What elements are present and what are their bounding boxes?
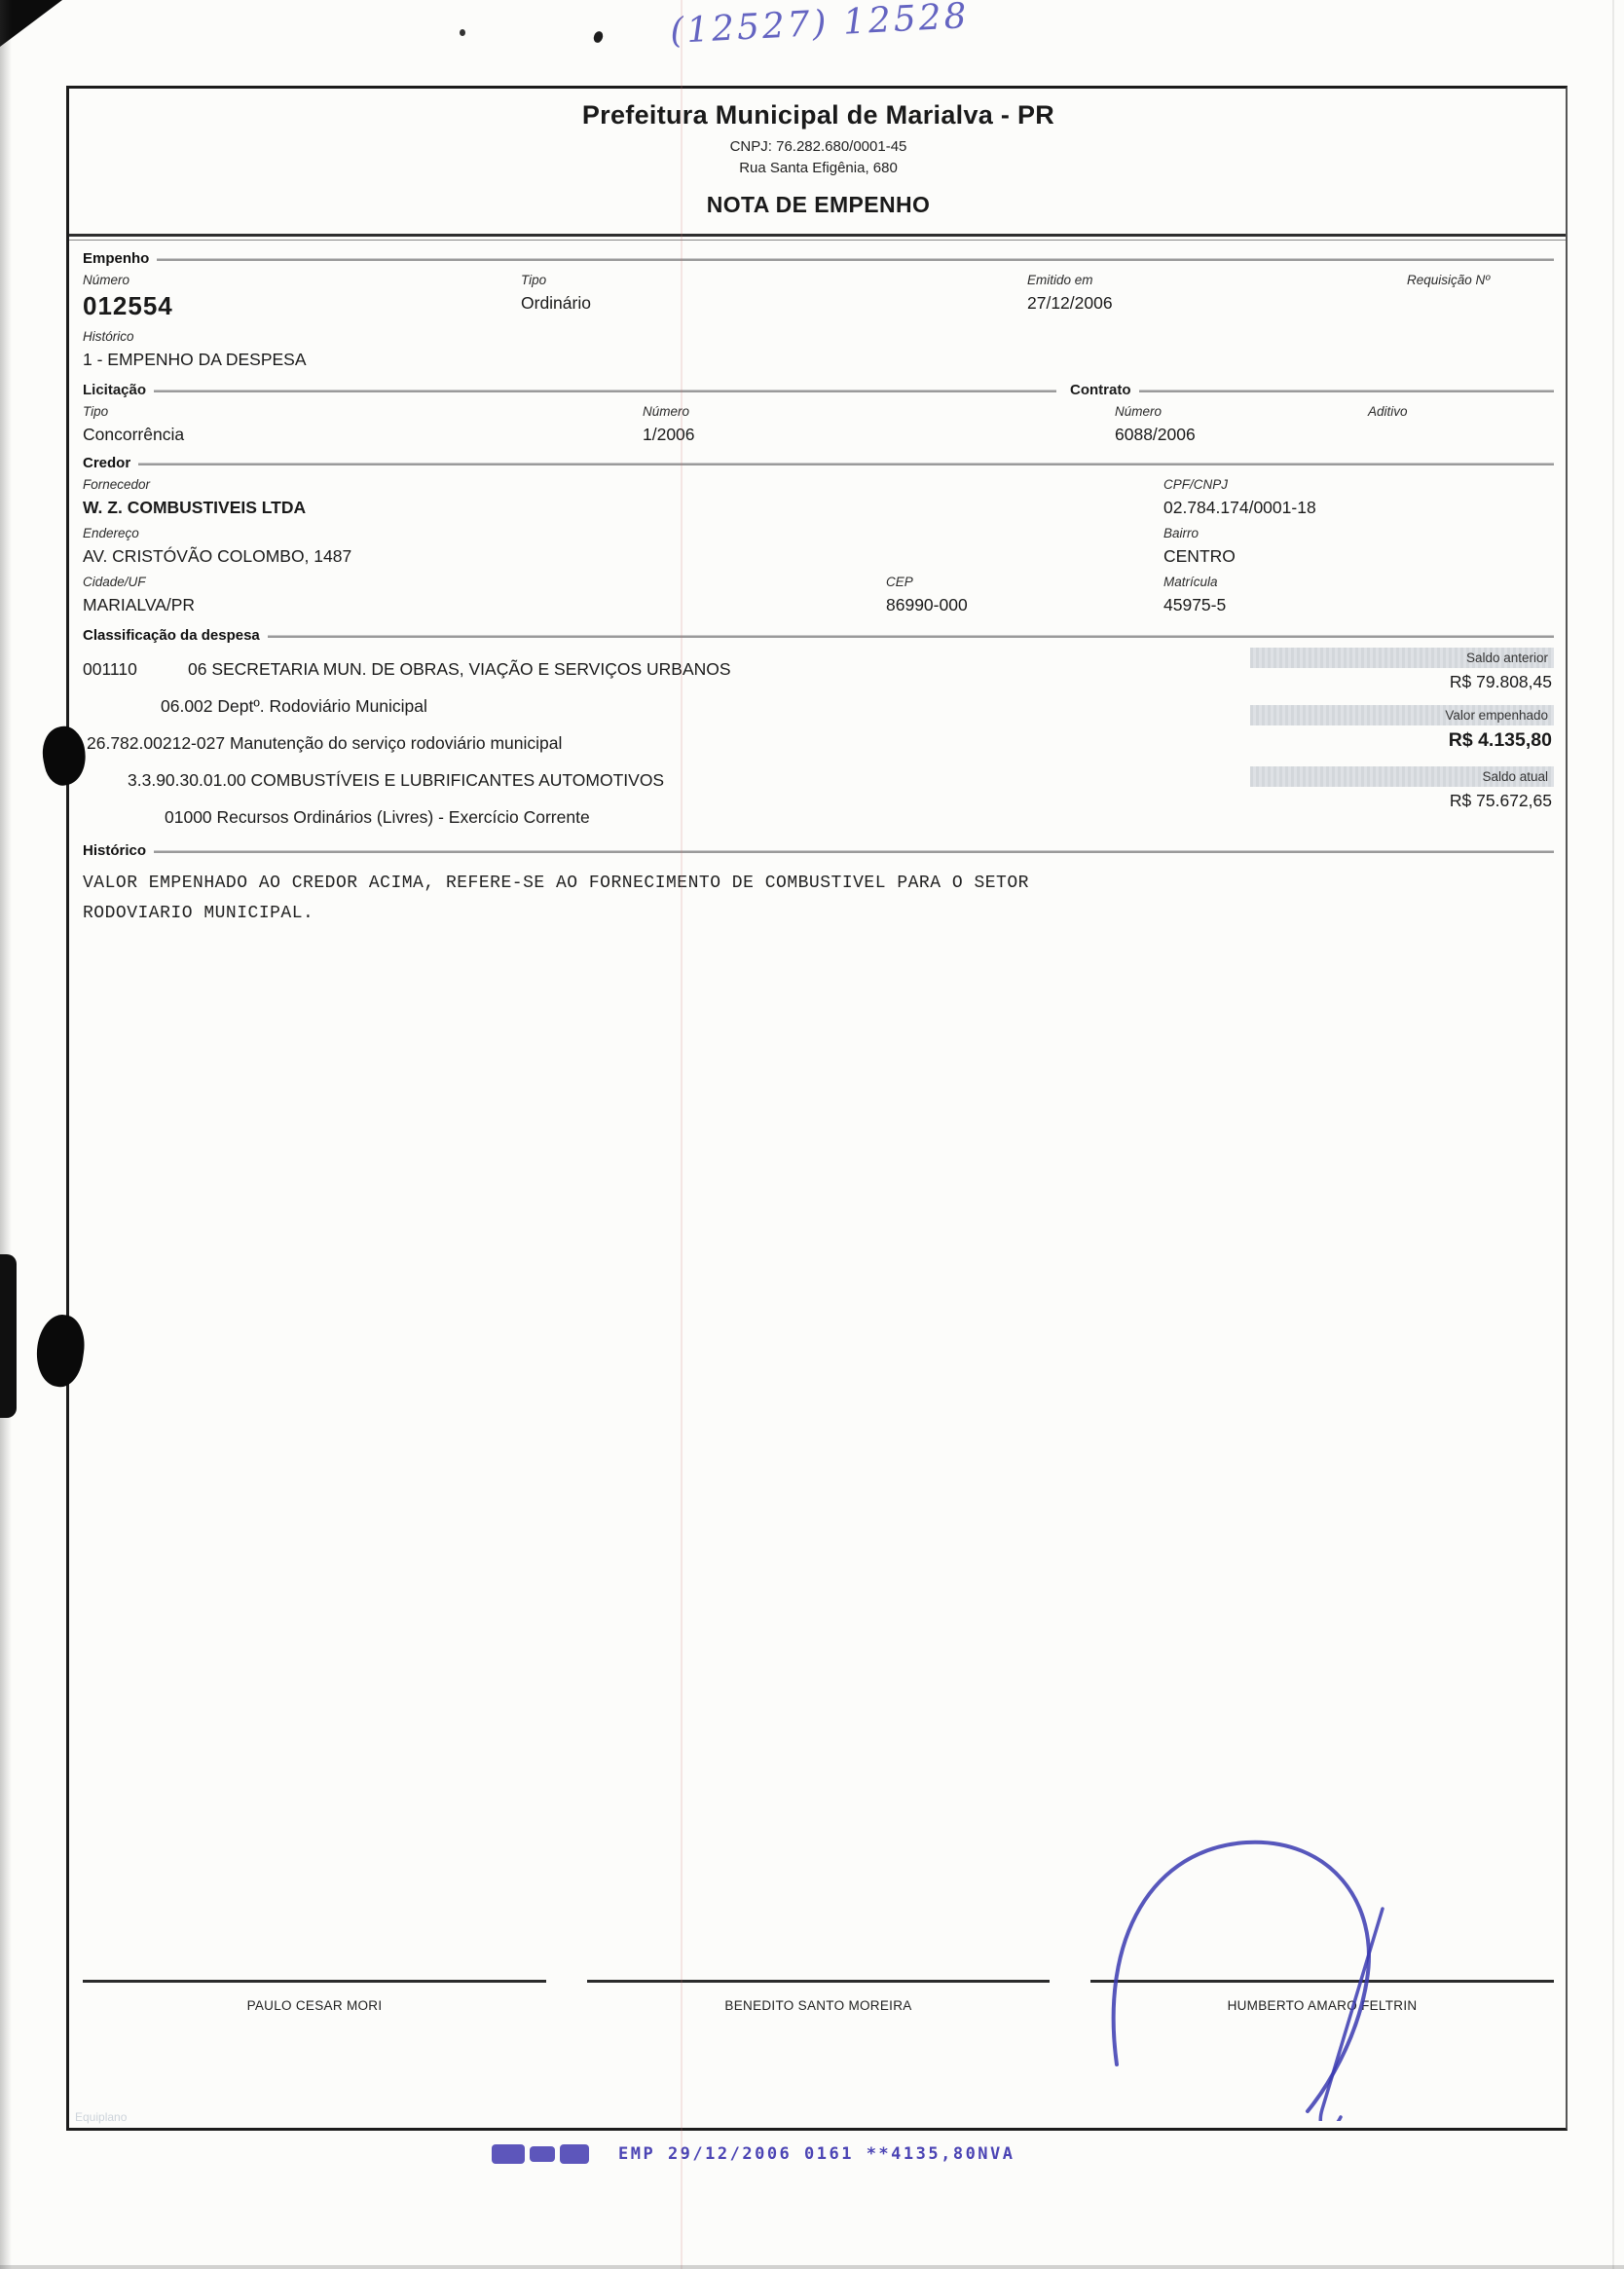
classificacao-body: 00111006 SECRETARIA MUN. DE OBRAS, VIAÇÃ… bbox=[83, 646, 1554, 831]
field-matricula-label: Matrícula bbox=[1163, 575, 1554, 589]
classificacao-code: 001110 bbox=[83, 656, 188, 683]
section-licitacao-contrato: Licitação Contrato bbox=[83, 382, 1554, 398]
section-empenho-label: Empenho bbox=[83, 250, 149, 267]
saldo-anterior-label: Saldo anterior bbox=[1250, 648, 1554, 668]
licitacao-contrato-fields-row: Tipo Concorrência Número 1/2006 Número 6… bbox=[83, 404, 1554, 445]
field-requisicao-value bbox=[1407, 293, 1554, 313]
field-cidade: Cidade/UF MARIALVA/PR bbox=[83, 575, 886, 615]
field-licitacao-numero-value: 1/2006 bbox=[643, 425, 1115, 445]
field-cep-value: 86990-000 bbox=[886, 595, 1163, 615]
field-requisicao-label: Requisição Nº bbox=[1407, 273, 1554, 287]
credor-row-2: Endereço AV. CRISTÓVÃO COLOMBO, 1487 Bai… bbox=[83, 526, 1554, 567]
credor-row-3: Cidade/UF MARIALVA/PR CEP 86990-000 Matr… bbox=[83, 575, 1554, 615]
field-requisicao: Requisição Nº bbox=[1407, 273, 1554, 321]
field-contrato-numero: Número 6088/2006 bbox=[1115, 404, 1368, 445]
field-emitido-label: Emitido em bbox=[1027, 273, 1407, 287]
classificacao-line: 3.3.90.30.01.00 COMBUSTÍVEIS E LUBRIFICA… bbox=[83, 767, 1241, 794]
field-bairro-label: Bairro bbox=[1163, 526, 1554, 540]
section-rule bbox=[154, 391, 1056, 392]
stamp-logo-icon bbox=[492, 2144, 589, 2164]
section-classificacao-label: Classificação da despesa bbox=[83, 627, 260, 644]
section-historico: Histórico bbox=[83, 842, 1554, 859]
field-tipo-label: Tipo bbox=[521, 273, 1027, 287]
field-licitacao-numero: Número 1/2006 bbox=[643, 404, 1115, 445]
classificacao-line: 01000 Recursos Ordinários (Livres) - Exe… bbox=[83, 804, 1241, 831]
field-cidade-value: MARIALVA/PR bbox=[83, 595, 886, 615]
field-tipo: Tipo Ordinário bbox=[521, 273, 1027, 321]
classificacao-lines: 00111006 SECRETARIA MUN. DE OBRAS, VIAÇÃ… bbox=[83, 646, 1241, 831]
section-classificacao: Classificação da despesa bbox=[83, 627, 1554, 644]
field-cpfcnpj-label: CPF/CNPJ bbox=[1163, 477, 1554, 492]
historico-text-line1: VALOR EMPENHADO AO CREDOR ACIMA, REFERE-… bbox=[83, 869, 1554, 899]
scan-artifact-dark-strip bbox=[0, 1254, 17, 1418]
field-licitacao-tipo-label: Tipo bbox=[83, 404, 643, 419]
section-rule bbox=[157, 259, 1554, 261]
field-cep-label: CEP bbox=[886, 575, 1163, 589]
scanned-document-page: (12527) 12528 Prefeitura Municipal de Ma… bbox=[0, 0, 1624, 2269]
signature-block-1: PAULO CESAR MORI bbox=[83, 1980, 546, 2013]
field-matricula-value: 45975-5 bbox=[1163, 595, 1554, 615]
field-numero-label: Número bbox=[83, 273, 521, 287]
section-credor: Credor bbox=[83, 455, 1554, 471]
scan-artifact-bottom-edge bbox=[0, 2265, 1624, 2269]
header-address: Rua Santa Efigênia, 680 bbox=[83, 160, 1554, 176]
historico-text-line2: RODOVIARIO MUNICIPAL. bbox=[83, 899, 1554, 929]
field-cpfcnpj-value: 02.784.174/0001-18 bbox=[1163, 498, 1554, 518]
field-fornecedor-value: W. Z. COMBUSTIVEIS LTDA bbox=[83, 498, 1163, 518]
field-matricula: Matrícula 45975-5 bbox=[1163, 575, 1554, 615]
classificacao-values: Saldo anterior R$ 79.808,45 Valor empenh… bbox=[1241, 646, 1554, 831]
signature-area: PAULO CESAR MORI BENEDITO SANTO MOREIRA … bbox=[83, 1980, 1554, 2013]
document-type-title: NOTA DE EMPENHO bbox=[83, 192, 1554, 218]
historico-text: VALOR EMPENHADO AO CREDOR ACIMA, REFERE-… bbox=[83, 869, 1554, 929]
field-empenho-historico-value: 1 - EMPENHO DA DESPESA bbox=[83, 350, 1554, 370]
field-cidade-label: Cidade/UF bbox=[83, 575, 886, 589]
section-contrato: Contrato bbox=[1070, 382, 1554, 398]
field-licitacao-tipo: Tipo Concorrência bbox=[83, 404, 643, 445]
field-contrato-numero-label: Número bbox=[1115, 404, 1368, 419]
scan-artifact-red-line bbox=[681, 0, 683, 2269]
field-endereco-value: AV. CRISTÓVÃO COLOMBO, 1487 bbox=[83, 546, 1163, 567]
valor-empenhado-group: Valor empenhado R$ 4.135,80 bbox=[1241, 705, 1554, 752]
credor-row-1: Fornecedor W. Z. COMBUSTIVEIS LTDA CPF/C… bbox=[83, 477, 1554, 518]
signature-line bbox=[1090, 1980, 1554, 1983]
section-credor-label: Credor bbox=[83, 455, 130, 471]
saldo-atual-label: Saldo atual bbox=[1250, 766, 1554, 787]
field-cep: CEP 86990-000 bbox=[886, 575, 1163, 615]
section-rule bbox=[268, 636, 1554, 638]
saldo-anterior-group: Saldo anterior R$ 79.808,45 bbox=[1241, 648, 1554, 692]
classificacao-line: 06.002 Deptº. Rodoviário Municipal bbox=[83, 693, 1241, 720]
document-header: Prefeitura Municipal de Marialva - PR CN… bbox=[83, 100, 1554, 218]
equiplano-watermark: Equiplano bbox=[75, 2110, 127, 2124]
document-frame: Prefeitura Municipal de Marialva - PR CN… bbox=[66, 86, 1568, 2131]
scan-artifact-dot bbox=[460, 29, 465, 36]
field-contrato-numero-value: 6088/2006 bbox=[1115, 425, 1368, 445]
signature-line bbox=[587, 1980, 1051, 1983]
field-cpfcnpj: CPF/CNPJ 02.784.174/0001-18 bbox=[1163, 477, 1554, 518]
field-bairro-value: CENTRO bbox=[1163, 546, 1554, 567]
dot-matrix-stamp: EMP 29/12/2006 0161 **4135,80NVA bbox=[492, 2144, 1015, 2164]
field-contrato-aditivo: Aditivo bbox=[1368, 404, 1554, 445]
field-emitido: Emitido em 27/12/2006 bbox=[1027, 273, 1407, 321]
field-licitacao-tipo-value: Concorrência bbox=[83, 425, 643, 445]
saldo-atual-group: Saldo atual R$ 75.672,65 bbox=[1241, 766, 1554, 811]
field-contrato-aditivo-label: Aditivo bbox=[1368, 404, 1554, 419]
section-licitacao: Licitação bbox=[83, 382, 1056, 398]
field-endereco: Endereço AV. CRISTÓVÃO COLOMBO, 1487 bbox=[83, 526, 1163, 567]
stamp-text: EMP 29/12/2006 0161 **4135,80NVA bbox=[618, 2144, 1015, 2164]
field-numero-value: 012554 bbox=[83, 291, 521, 321]
signature-block-3: HUMBERTO AMARO FELTRIN bbox=[1090, 1980, 1554, 2013]
field-licitacao-numero-label: Número bbox=[643, 404, 1115, 419]
field-fornecedor-label: Fornecedor bbox=[83, 477, 1163, 492]
signature-name: PAULO CESAR MORI bbox=[83, 1998, 546, 2013]
section-empenho: Empenho bbox=[83, 250, 1554, 267]
signature-line bbox=[83, 1980, 546, 1983]
saldo-anterior-value: R$ 79.808,45 bbox=[1241, 668, 1554, 692]
field-bairro: Bairro CENTRO bbox=[1163, 526, 1554, 567]
page-title: Prefeitura Municipal de Marialva - PR bbox=[83, 100, 1554, 130]
section-rule bbox=[1139, 391, 1555, 392]
field-tipo-value: Ordinário bbox=[521, 293, 1027, 314]
scan-artifact-right-edge bbox=[1612, 0, 1614, 2269]
section-contrato-label: Contrato bbox=[1070, 382, 1131, 398]
field-contrato-aditivo-value bbox=[1368, 425, 1554, 444]
field-empenho-historico: Histórico 1 - EMPENHO DA DESPESA bbox=[83, 329, 1554, 370]
field-endereco-label: Endereço bbox=[83, 526, 1163, 540]
field-numero: Número 012554 bbox=[83, 273, 521, 321]
header-cnpj: CNPJ: 76.282.680/0001-45 bbox=[83, 138, 1554, 155]
section-historico-label: Histórico bbox=[83, 842, 146, 859]
valor-empenhado-value: R$ 4.135,80 bbox=[1241, 725, 1554, 752]
scan-artifact-left-edge bbox=[0, 0, 12, 2269]
empenho-fields-row: Número 012554 Tipo Ordinário Emitido em … bbox=[83, 273, 1554, 321]
section-rule bbox=[138, 464, 1554, 465]
handwritten-note: (12527) 12528 bbox=[669, 0, 970, 52]
signature-name: HUMBERTO AMARO FELTRIN bbox=[1090, 1998, 1554, 2013]
header-divider bbox=[69, 234, 1566, 241]
field-empenho-historico-label: Histórico bbox=[83, 329, 1554, 344]
classificacao-text: 06 SECRETARIA MUN. DE OBRAS, VIAÇÃO E SE… bbox=[188, 659, 731, 679]
scan-artifact-dot bbox=[592, 30, 605, 44]
valor-empenhado-label: Valor empenhado bbox=[1250, 705, 1554, 725]
section-licitacao-label: Licitação bbox=[83, 382, 146, 398]
signature-block-2: BENEDITO SANTO MOREIRA bbox=[587, 1980, 1051, 2013]
field-emitido-value: 27/12/2006 bbox=[1027, 293, 1407, 314]
classificacao-line: 00111006 SECRETARIA MUN. DE OBRAS, VIAÇÃ… bbox=[83, 656, 1241, 683]
section-rule bbox=[154, 851, 1554, 853]
field-fornecedor: Fornecedor W. Z. COMBUSTIVEIS LTDA bbox=[83, 477, 1163, 518]
classificacao-line: 26.782.00212-027 Manutenção do serviço r… bbox=[83, 730, 1241, 757]
signature-name: BENEDITO SANTO MOREIRA bbox=[587, 1998, 1051, 2013]
saldo-atual-value: R$ 75.672,65 bbox=[1241, 787, 1554, 811]
